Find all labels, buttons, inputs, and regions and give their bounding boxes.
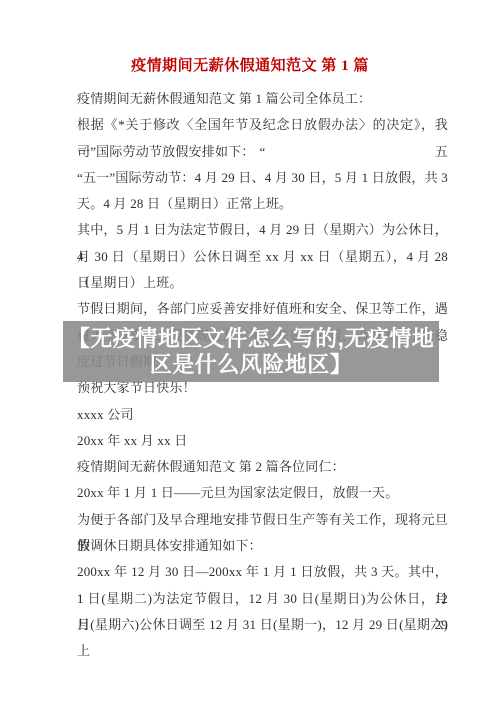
document-line: 200xx 年 12 月 30 日—200xx 年 1 月 1 日放假，共 3 … — [77, 559, 448, 585]
document-line: 假调休日期具体安排通知如下： — [77, 533, 448, 559]
document-line: 月 30 日（星期日）公休日调至 xx 月 xx 日（星期五），4 月 28 日 — [77, 244, 448, 270]
document-line: 为便于各部门及早合理地安排节假日生产等有关工作，现将元旦放 — [77, 507, 448, 533]
watermark-line-2: 区是什么风险地区】 — [63, 352, 439, 378]
watermark-overlay: 【无疫情地区文件怎么写的,无疫情地 区是什么风险地区】 — [63, 321, 439, 382]
document-line: xxxx 公司 — [77, 402, 448, 428]
document-line: 20xx 年 xx 月 xx 日 — [77, 428, 448, 454]
document-line: 节假日期间，各部门应妥善安排好值班和安全、保卫等工作，遇有 — [77, 296, 448, 322]
document-line: 20xx 年 1 月 1 日——元旦为国家法定假日，放假一天。 — [77, 480, 448, 506]
document-line: “五一”国际劳动节：4 月 29 日、4 月 30 日，5 月 1 日放假，共 … — [77, 165, 448, 191]
document-line: 其中，5 月 1 日为法定节假日，4 月 29 日（星期六）为公休日，4 — [77, 217, 448, 243]
document-line: 疫情期间无薪休假通知范文 第 1 篇公司全体员工： — [77, 86, 448, 112]
document-line: 天。4 月 28 日（星期日）正常上班。 — [77, 191, 448, 217]
document-page: 疫情期间无薪休假通知范文 第 1 篇 疫情期间无薪休假通知范文 第 1 篇公司全… — [0, 0, 500, 706]
document-line: 日(星期六)公休日调至 12 月 31 日(星期一)，12 月 29 日(星期六… — [77, 612, 448, 638]
page-title: 疫情期间无薪休假通知范文 第 1 篇 — [0, 56, 500, 76]
watermark-line-1: 【无疫情地区文件怎么写的,无疫情地 — [63, 326, 439, 352]
document-line: 1 日(星期二)为法定节假日，12 月 30 日(星期日)为公休日，12 月 2… — [77, 586, 448, 612]
document-line: 疫情期间无薪休假通知范文 第 2 篇各位同仁： — [77, 454, 448, 480]
document-line: 根据《*关于修改〈全国年节及纪念日放假办法〉的决定》，我司“五 — [77, 112, 448, 138]
document-line: （星期日）上班。 — [77, 270, 448, 296]
